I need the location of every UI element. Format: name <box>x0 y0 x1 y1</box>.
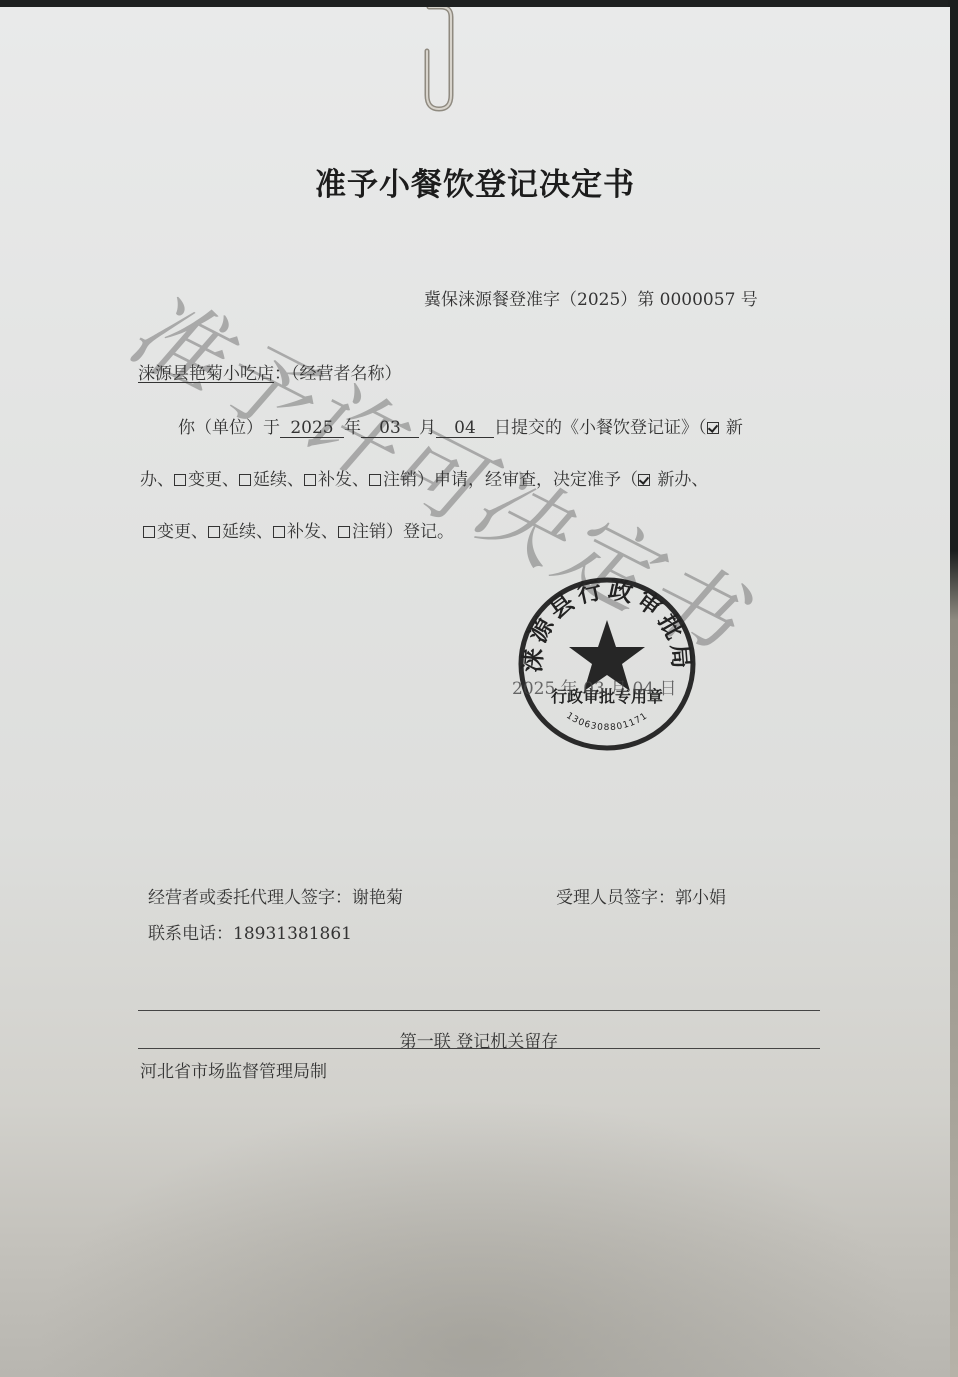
seal-code-text: 1306308801171 <box>564 711 649 733</box>
paragraph-line-3: 变更、延续、补发、注销）登记。 <box>143 517 454 542</box>
granted-renew-label: 延续 <box>222 522 256 542</box>
paragraph-middle: ）申请，经审查，决定准予（ <box>417 470 638 490</box>
granted-new-checkbox <box>638 474 650 486</box>
separator: 、 <box>256 522 273 542</box>
document-title: 准予小餐饮登记决定书 <box>0 159 950 204</box>
operator-signature-label: 经营者或委托代理人签字： <box>148 888 352 908</box>
day-unit: 日提交的《小餐饮登记证》（ <box>494 418 707 438</box>
paper-clip-icon <box>415 7 461 123</box>
applied-reissue-label: 补发 <box>318 470 352 490</box>
operator-line: 涞源县艳菊小吃店：（经营者名称） <box>138 359 402 384</box>
granted-cancel-label: 注销 <box>352 522 386 542</box>
operator-signature-name: 谢艳菊 <box>352 888 403 908</box>
applied-renew-label: 延续 <box>253 470 287 490</box>
document-page: 准予许可决定书 准予小餐饮登记决定书 冀保涞源餐登准字（2025）第 00000… <box>0 7 950 1377</box>
applied-cancel-checkbox <box>369 474 381 486</box>
separator: 、 <box>691 470 708 490</box>
granted-change-label: 变更 <box>157 522 191 542</box>
year-unit: 年 <box>344 418 361 438</box>
separator: 、 <box>352 470 369 490</box>
phone-number: 18931381861 <box>233 924 352 944</box>
paragraph-suffix: ）登记。 <box>386 522 454 542</box>
granted-renew-checkbox <box>208 526 220 538</box>
granted-reissue-label: 补发 <box>287 522 321 542</box>
applied-cancel-label: 注销 <box>383 470 417 490</box>
operator-signature: 经营者或委托代理人签字：谢艳菊 <box>148 883 403 908</box>
divider-bottom <box>138 1048 820 1049</box>
paragraph-line-2: 办、变更、延续、补发、注销）申请，经审查，决定准予（ 新办、 <box>140 465 708 490</box>
paragraph-prefix: 你（单位）于 <box>178 418 280 438</box>
applied-new-checkbox <box>707 422 719 434</box>
applied-change-checkbox <box>174 474 186 486</box>
contact-phone: 联系电话：18931381861 <box>148 919 352 944</box>
paragraph-line-1: 你（单位）于2025年03月04日提交的《小餐饮登记证》（ 新 <box>178 413 743 438</box>
applied-renew-checkbox <box>239 474 251 486</box>
document-number: 冀保涞源餐登准字（2025）第 0000057 号 <box>424 285 758 310</box>
divider-top <box>138 1010 820 1011</box>
submit-day: 04 <box>436 419 494 438</box>
handler-signature-name: 郭小娟 <box>675 888 726 908</box>
applied-reissue-checkbox <box>304 474 316 486</box>
operator-name: 涞源县艳菊小吃店 <box>138 364 274 384</box>
granted-cancel-checkbox <box>338 526 350 538</box>
separator: 、 <box>222 470 239 490</box>
phone-label: 联系电话： <box>148 924 233 944</box>
submit-month: 03 <box>361 419 419 438</box>
granted-reissue-checkbox <box>273 526 285 538</box>
svg-text:1306308801171: 1306308801171 <box>564 711 649 733</box>
applied-new-label-part: 新 <box>726 418 743 438</box>
handler-signature-label: 受理人员签字： <box>556 888 675 908</box>
granted-new-label: 新办 <box>657 470 691 490</box>
submit-year: 2025 <box>280 419 344 438</box>
applied-change-label: 变更 <box>188 470 222 490</box>
month-unit: 月 <box>419 418 436 438</box>
separator: 、 <box>321 522 338 542</box>
granted-change-checkbox <box>143 526 155 538</box>
issue-date: 2025 年 03 月 04 日 <box>512 674 677 699</box>
separator: 、 <box>287 470 304 490</box>
issuer-label: 河北省市场监督管理局制 <box>140 1057 327 1082</box>
operator-name-label: ：（经营者名称） <box>274 364 402 384</box>
separator: 、 <box>191 522 208 542</box>
handler-signature: 受理人员签字：郭小娟 <box>556 883 726 908</box>
applied-new-label-rest: 办、 <box>140 470 174 490</box>
official-seal: 涞源县行政审批局 行政审批专用章 1306308801171 <box>512 572 702 752</box>
